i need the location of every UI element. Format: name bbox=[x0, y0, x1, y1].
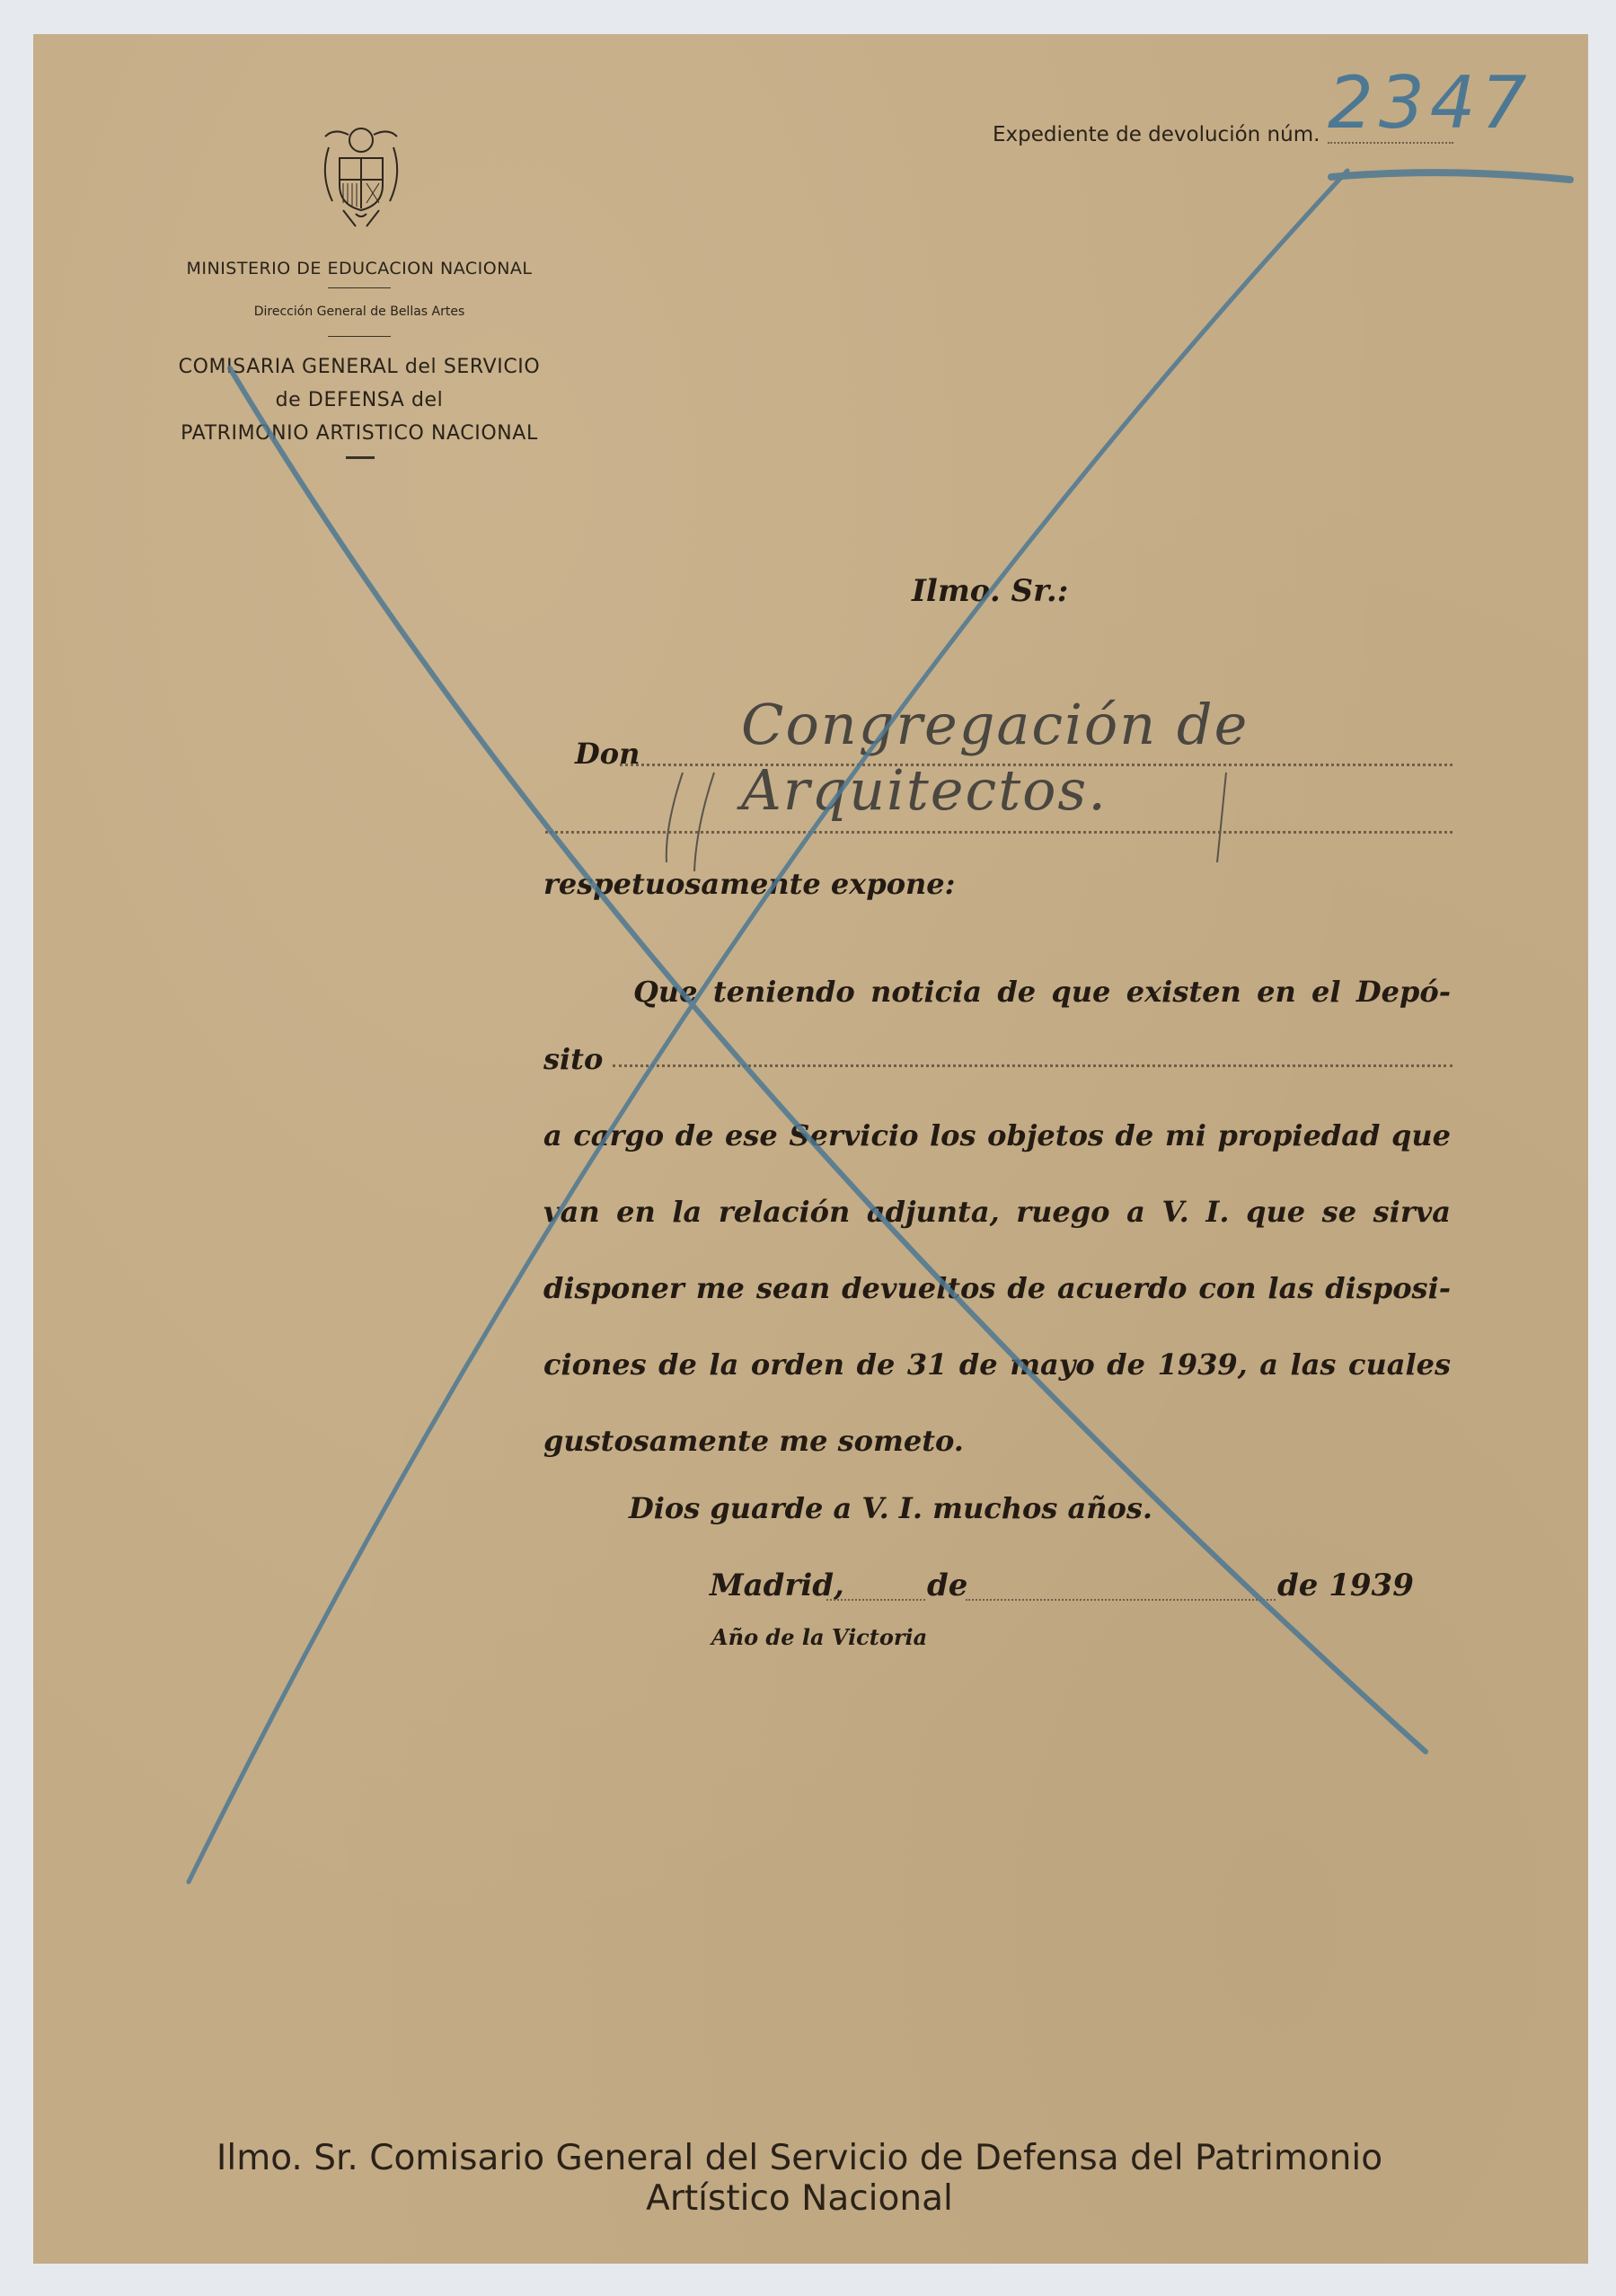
handwriting-flourish bbox=[0, 0, 1616, 2296]
